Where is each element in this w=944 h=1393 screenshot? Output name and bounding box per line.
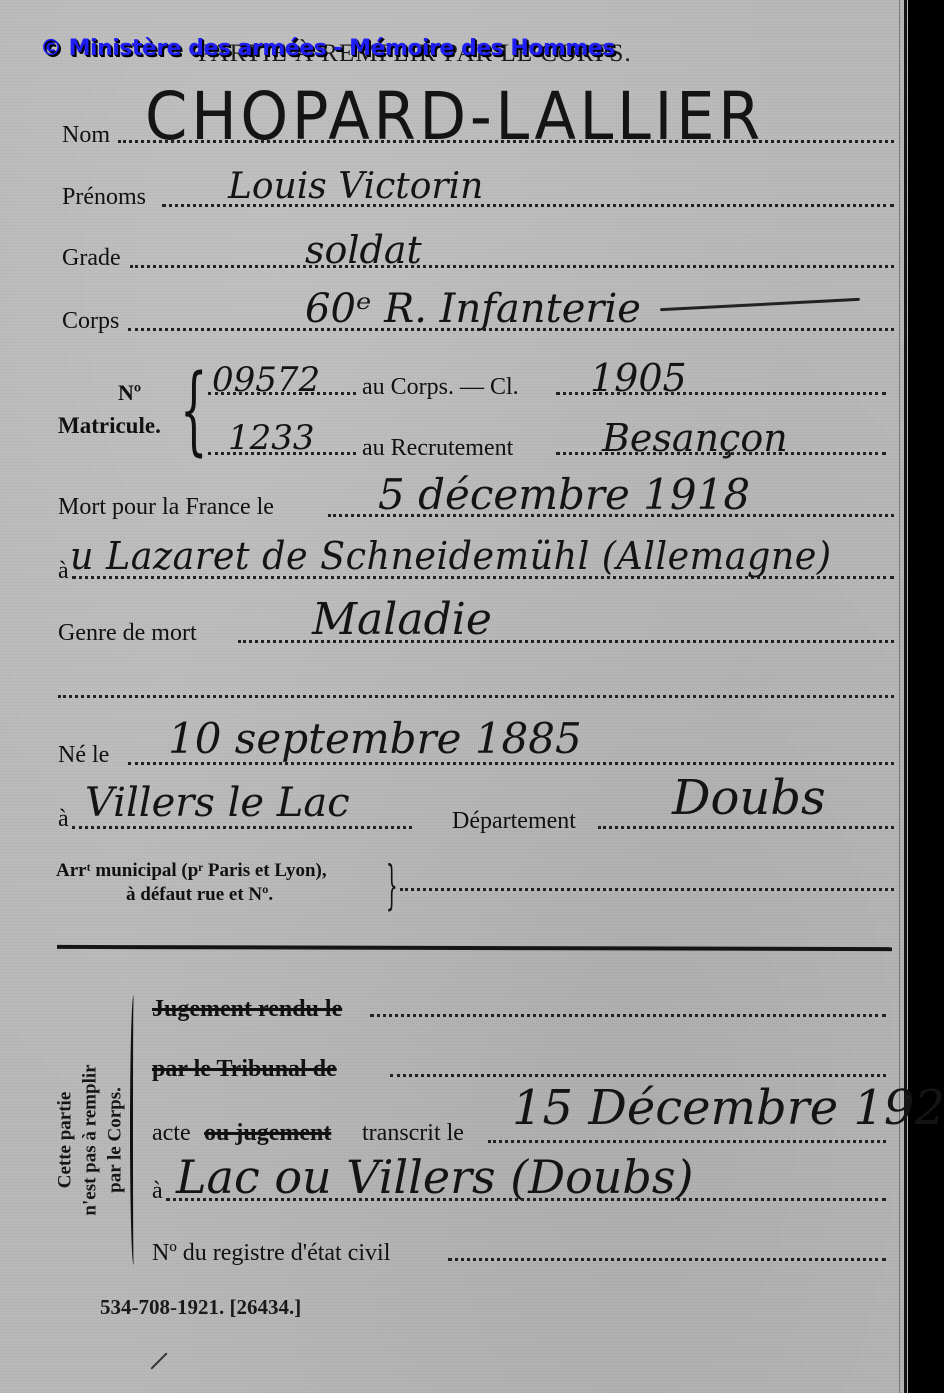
label-registre-etat-civil: Nº du registre d'état civil (152, 1240, 390, 1267)
label-corps: Corps (62, 308, 119, 335)
value-date-naissance: 10 septembre 1885 (168, 714, 582, 763)
record-card: PARTIE À REMPLIR PAR LE CORPS. Nom CHOPA… (0, 0, 908, 1393)
value-departement: Doubs (672, 770, 826, 826)
label-matricule: Matricule. (58, 413, 161, 439)
label-nom: Nom (62, 122, 110, 149)
value-date-deces: 5 décembre 1918 (378, 470, 750, 519)
side-note-line3: par le Corps. (103, 1064, 128, 1215)
label-grade: Grade (62, 245, 121, 272)
value-classe: 1905 (590, 356, 687, 400)
footer-print-code: 534-708-1921. [26434.] (100, 1295, 301, 1320)
value-recrutement: Besançon (602, 416, 788, 460)
side-note-line1: Cette partie (53, 1064, 78, 1215)
label-genre-de-mort: Genre de mort (58, 620, 197, 647)
label-ou-jugement: ou jugement (204, 1120, 331, 1147)
label-transcrit-le: transcrit le (362, 1120, 464, 1147)
label-lieu-naissance: à (58, 806, 69, 833)
jugement-dotted-line (370, 1014, 886, 1017)
value-transcription-date: 15 Décembre 1920 (512, 1080, 944, 1136)
value-lieu-naissance: Villers le Lac (85, 780, 350, 826)
copyright-watermark: © Ministère des armées - Mémoire des Hom… (40, 36, 615, 61)
value-genre-de-mort: Maladie (312, 594, 492, 645)
label-departement: Département (452, 808, 576, 835)
blank-dotted-line (58, 695, 894, 698)
value-lieu-transcription: Lac ou Villers (Doubs) (176, 1150, 693, 1204)
label-lieu-transcription: à (152, 1178, 163, 1205)
card-edge-border (904, 0, 907, 1393)
corps-flourish-stroke (660, 298, 860, 311)
section-divider (57, 945, 892, 951)
label-par-le-tribunal-de: par le Tribunal de (152, 1056, 337, 1083)
value-grade: soldat (305, 228, 422, 272)
card-edge-shadow (899, 0, 900, 1393)
matricule-brace: { (180, 362, 207, 458)
arr-municipal-dotted-line (400, 888, 894, 891)
value-matricule-corps: 09572 (212, 360, 320, 400)
value-corps: 60ᵉ R. Infanterie (305, 286, 641, 332)
label-au-recrutement: au Recrutement (362, 435, 513, 462)
label-au-corps-classe: au Corps. — Cl. (362, 374, 519, 401)
label-acte: acte (152, 1120, 191, 1147)
grade-dotted-line (130, 265, 894, 268)
lieu-naissance-dotted-line (72, 826, 412, 829)
value-lieu-deces: u Lazaret de Schneidemühl (Allemagne) (70, 534, 832, 578)
value-nom: CHOPARD-LALLIER (145, 78, 764, 155)
label-lieu-deces: à (58, 558, 69, 585)
civil-section-brace (130, 995, 136, 1265)
transcription-date-dotted-line (488, 1140, 886, 1143)
value-matricule-recrutement: 1233 (228, 418, 315, 458)
label-arr-municipal-line2: à défaut rue et Nº. (126, 884, 273, 906)
value-prenoms: Louis Victorin (228, 166, 483, 207)
label-no: Nº (118, 380, 141, 406)
label-prenoms: Prénoms (62, 184, 146, 211)
tribunal-dotted-line (390, 1074, 886, 1077)
arr-municipal-brace: } (386, 860, 398, 912)
registre-dotted-line (448, 1258, 886, 1261)
label-mort-pour-la-france: Mort pour la France le (58, 494, 274, 521)
label-ne-le: Né le (58, 742, 109, 769)
label-jugement-rendu-le: Jugement rendu le (152, 996, 342, 1023)
departement-dotted-line (598, 826, 894, 829)
label-arr-municipal-line1: Arrᵗ municipal (pʳ Paris et Lyon), (56, 860, 327, 882)
pencil-mark (151, 1353, 168, 1370)
side-note-line2: n'est pas à remplir (78, 1064, 103, 1215)
